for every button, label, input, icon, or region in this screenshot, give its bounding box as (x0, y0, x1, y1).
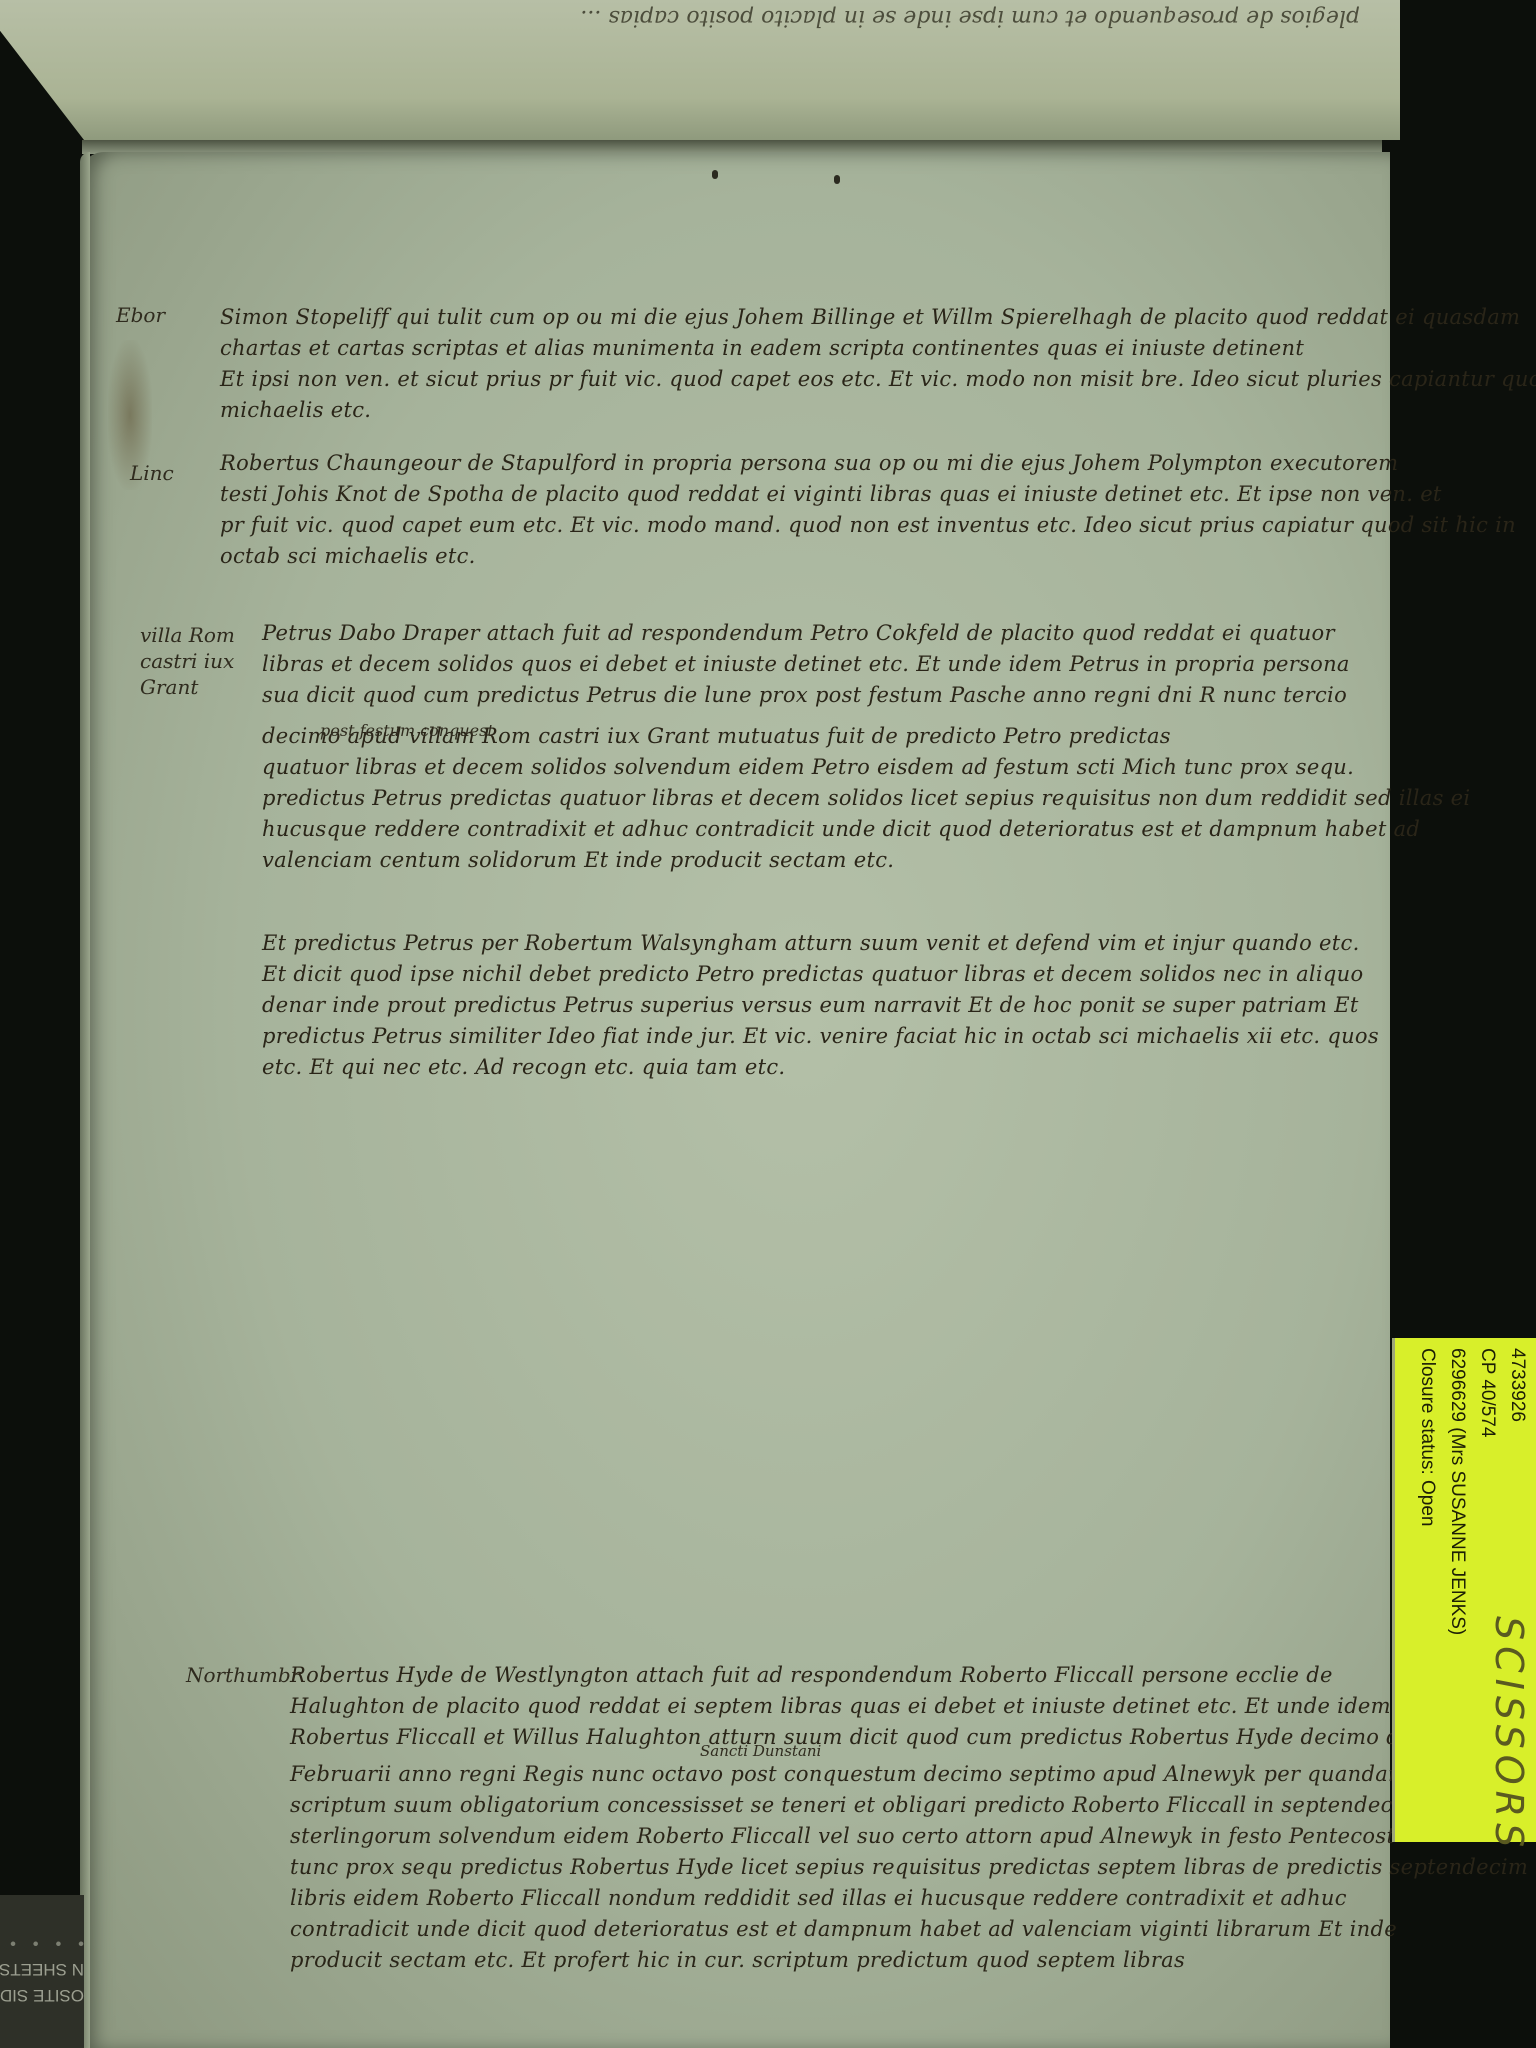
entry-line: hucusque reddere contradixit et adhuc co… (262, 814, 1470, 845)
entry-5: Robertus Hyde de Westlyngton attach fuit… (290, 1660, 1528, 1976)
entry-line: libras et decem solidos quos ei debet et… (262, 649, 1470, 680)
entry-line: contradicit unde dicit quod deterioratus… (290, 1914, 1528, 1945)
label-handwritten-note: SCISSORS (1487, 1616, 1531, 1853)
entry-1: Simon Stopeliff qui tulit cum op ou mi d… (220, 302, 1536, 426)
interlinear-insertion: Sancti Dunstani (700, 1738, 821, 1764)
entry-line: chartas et cartas scriptas et alias muni… (220, 333, 1536, 364)
pinhole (712, 170, 718, 179)
entry-line: michaelis etc. (220, 395, 1536, 426)
interlinear-insertion: post festum conquest (320, 718, 494, 744)
margin-note-county: Linc (130, 460, 174, 486)
paper-slip: OSITE SIDE N SHEETS • • • • • • (0, 1895, 84, 2048)
folded-page: plegios de prosequendo et cum ipse inde … (0, 0, 1400, 140)
margin-note-place: villa Rom castri iux Grant (140, 622, 260, 700)
slip-line: OSITE SIDE (0, 1982, 84, 2008)
entry-line: Et dicit quod ipse nichil debet predicto… (262, 959, 1379, 990)
folded-page-text: plegios de prosequendo et cum ipse inde … (40, 0, 1360, 34)
entry-line: Robertus Chaungeour de Stapulford in pro… (220, 448, 1516, 479)
entry-line: Halughton de placito quod reddat ei sept… (290, 1691, 1528, 1722)
entry-line: libris eidem Roberto Fliccall nondum red… (290, 1883, 1528, 1914)
entry-line: Robertus Hyde de Westlyngton attach fuit… (290, 1660, 1528, 1691)
label-reader-ticket: 6296629 (Mrs SUSANNE JENKS) (1443, 1348, 1471, 1635)
entry-3: Petrus Dabo Draper attach fuit ad respon… (262, 618, 1470, 876)
entry-line: Robertus Fliccall et Willus Halughton at… (290, 1722, 1528, 1753)
slip-dotted-rule: • • • • • • (0, 1930, 84, 1956)
entry-line: sua dicit quod cum predictus Petrus die … (262, 680, 1470, 711)
entry-line: quatuor libras et decem solidos solvendu… (262, 752, 1470, 783)
entry-line: predictus Petrus predictas quatuor libra… (262, 783, 1470, 814)
entry-2: Robertus Chaungeour de Stapulford in pro… (220, 448, 1516, 572)
slip-line: N SHEETS (0, 1956, 84, 1982)
entry-line: Februarii anno regni Regis nunc octavo p… (290, 1759, 1528, 1790)
slip-text: OSITE SIDE N SHEETS • • • • • • (0, 1895, 84, 2048)
entry-line: predictus Petrus similiter Ideo fiat ind… (262, 1021, 1379, 1052)
entry-line: denar inde prout predictus Petrus superi… (262, 990, 1379, 1021)
pinhole (834, 175, 840, 184)
entry-line: valenciam centum solidorum Et inde produ… (262, 845, 1470, 876)
archive-label: 4733926 CP 40/574 6296629 (Mrs SUSANNE J… (1392, 1338, 1536, 1842)
entry-line: Simon Stopeliff qui tulit cum op ou mi d… (220, 302, 1536, 333)
label-closure-status: Closure status: Open (1413, 1348, 1441, 1526)
label-reference-id: 4733926 (1503, 1348, 1531, 1422)
page-edge (80, 152, 90, 2048)
entry-line: testi Johis Knot de Spotha de placito qu… (220, 479, 1516, 510)
entry-line: Et predictus Petrus per Robertum Walsyng… (262, 928, 1379, 959)
entry-line: pr fuit vic. quod capet eum etc. Et vic.… (220, 510, 1516, 541)
entry-line: octab sci michaelis etc. (220, 541, 1516, 572)
entry-line: scriptum suum obligatorium concessisset … (290, 1790, 1528, 1821)
margin-note-county: Northumbr (186, 1662, 300, 1688)
margin-note-county: Ebor (116, 302, 165, 328)
entry-line: etc. Et qui nec etc. Ad recogn etc. quia… (262, 1052, 1379, 1083)
entry-line: sterlingorum solvendum eidem Roberto Fli… (290, 1821, 1528, 1852)
label-document-ref: CP 40/574 (1473, 1348, 1501, 1437)
archive-label-content: 4733926 CP 40/574 6296629 (Mrs SUSANNE J… (1395, 1338, 1536, 1842)
entry-line: producit sectam etc. Et profert hic in c… (290, 1945, 1528, 1976)
entry-line: Petrus Dabo Draper attach fuit ad respon… (262, 618, 1470, 649)
entry-line: Et ipsi non ven. et sicut prius pr fuit … (220, 364, 1536, 395)
entry-line: tunc prox sequ predictus Robertus Hyde l… (290, 1852, 1528, 1883)
entry-4: Et predictus Petrus per Robertum Walsyng… (262, 928, 1379, 1083)
